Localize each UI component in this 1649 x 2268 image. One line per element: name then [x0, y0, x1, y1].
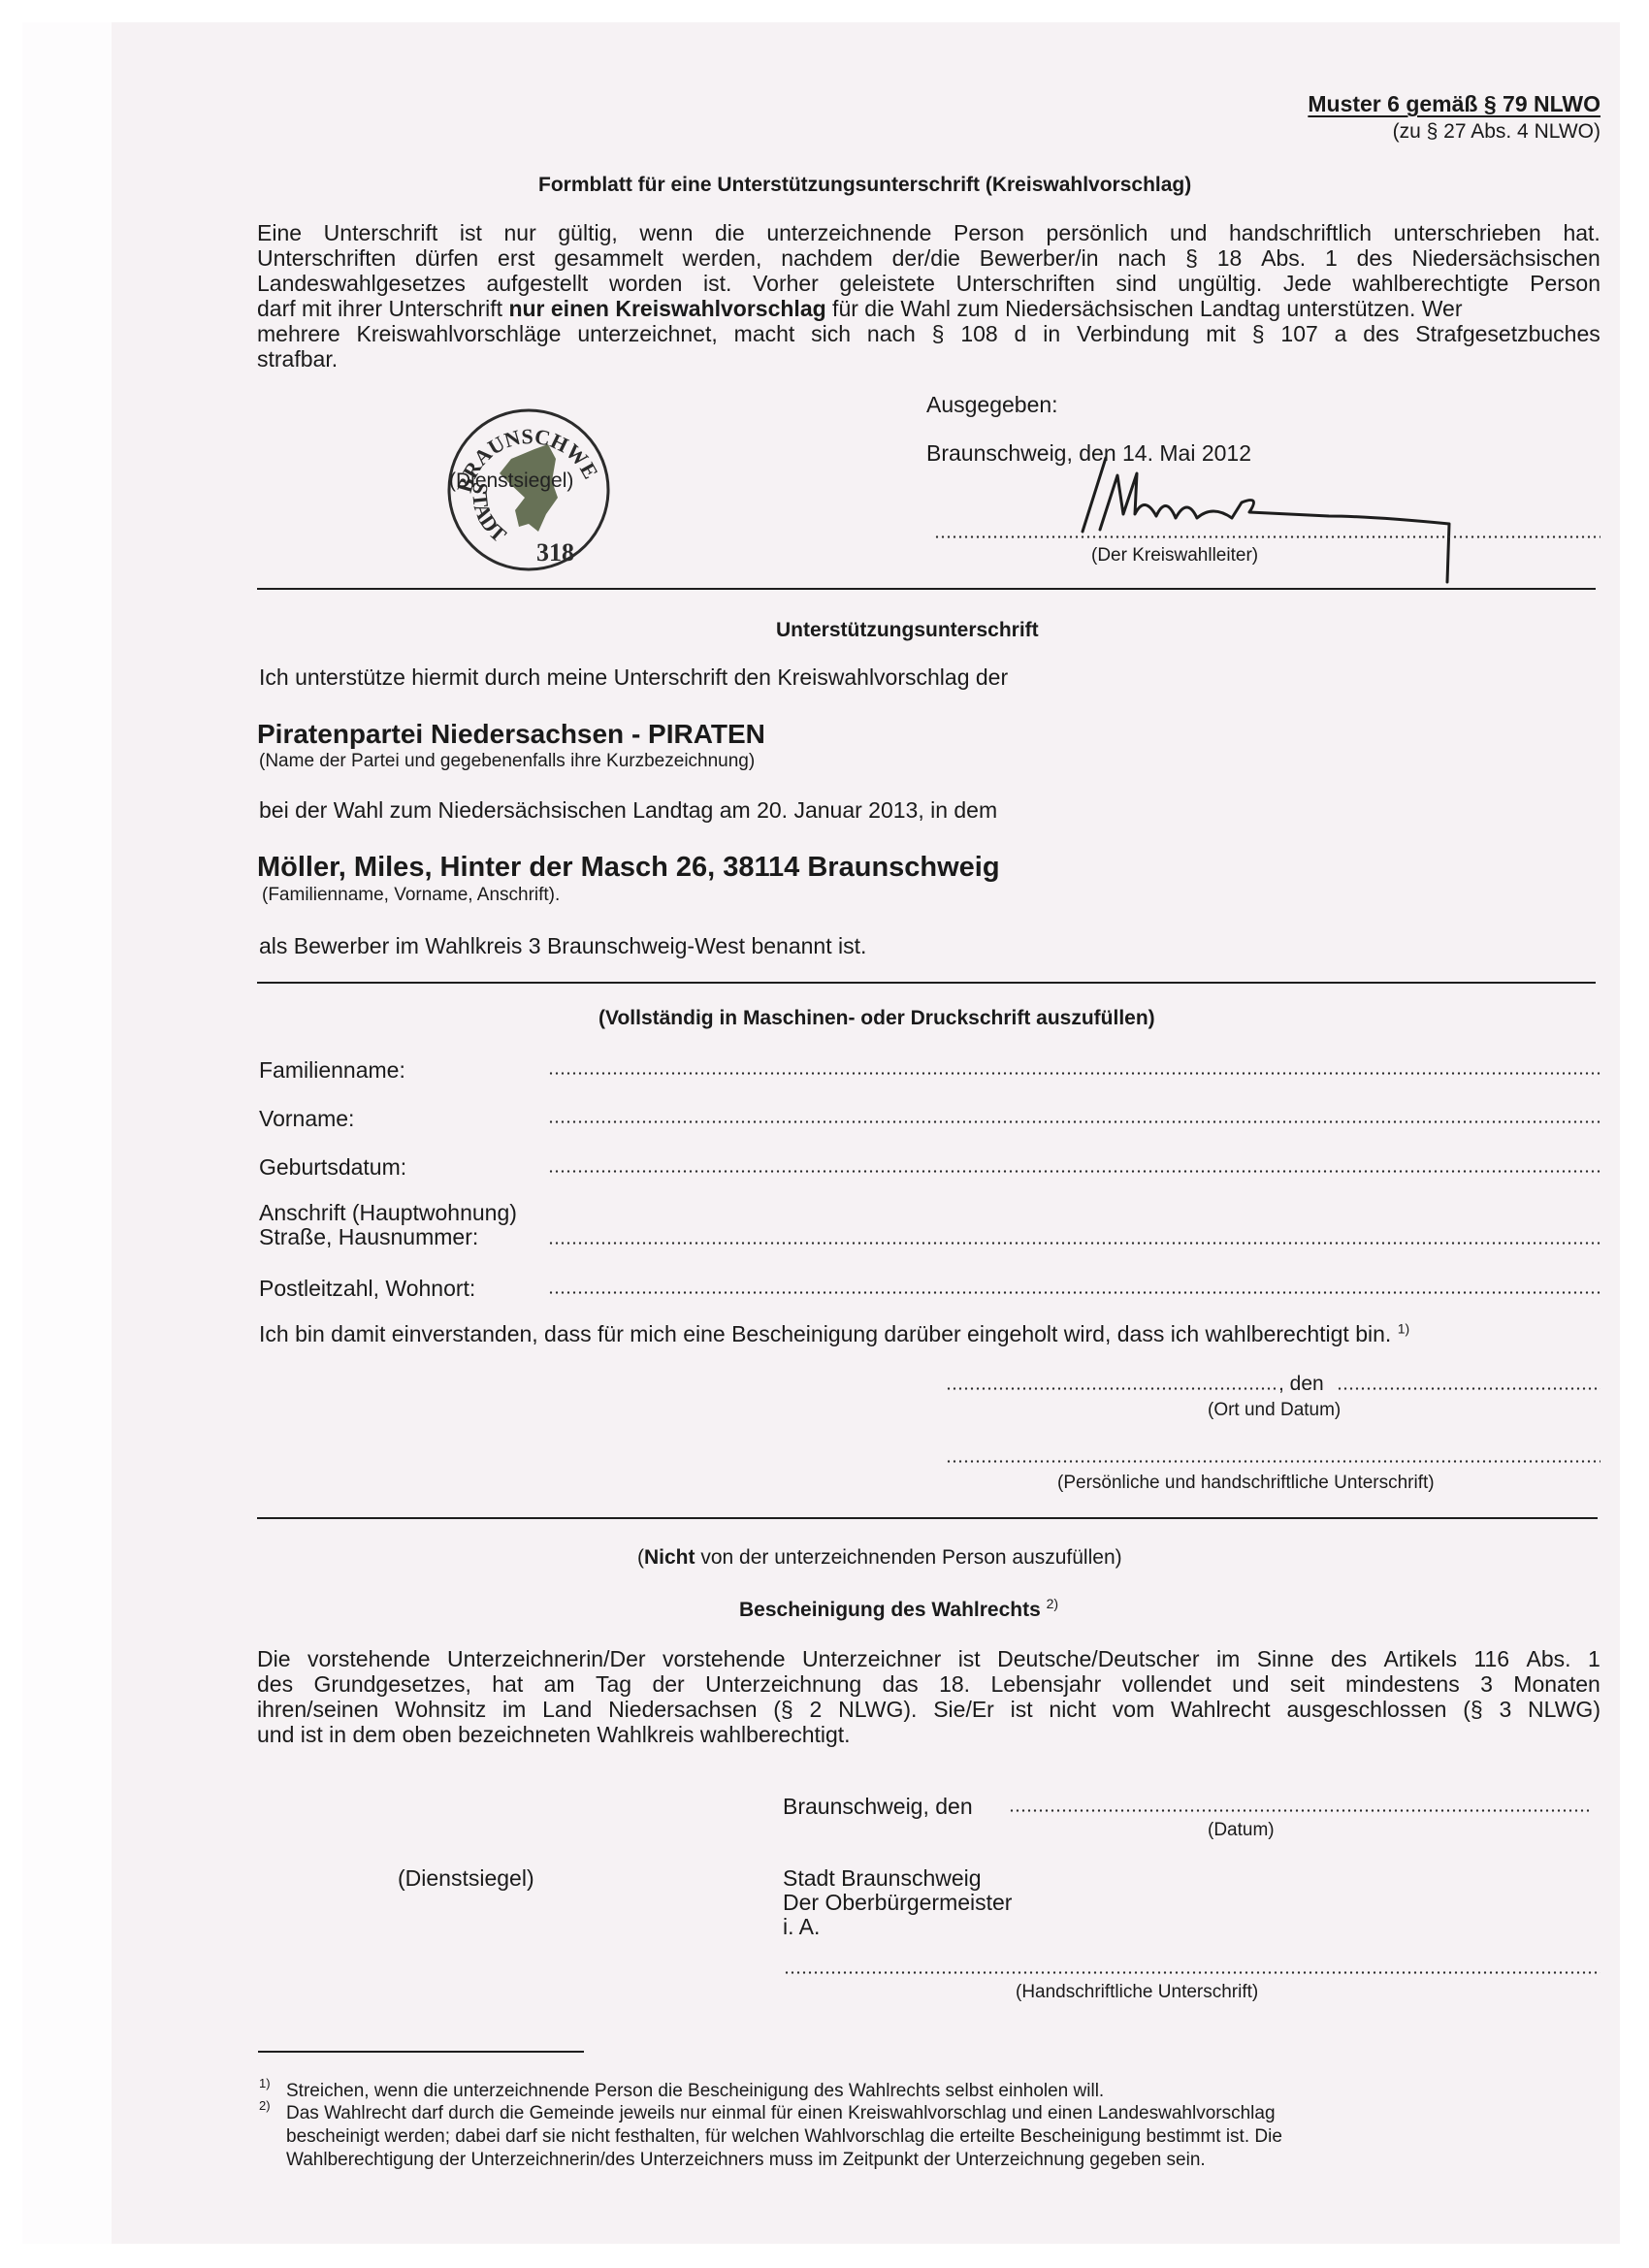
firstname-input[interactable]: [548, 1120, 1600, 1123]
authority-line: Der Oberbürgermeister: [783, 1890, 1012, 1915]
footnote-1: Streichen, wenn die unterzeichnende Pers…: [286, 2081, 1104, 2102]
word: §: [932, 321, 945, 346]
word: mit: [1206, 321, 1236, 346]
word: Eine: [257, 220, 302, 245]
field-label-birthdate: Geburtsdatum:: [259, 1154, 406, 1180]
personal-signature-caption: (Persönliche und handschriftliche Unters…: [1057, 1473, 1435, 1494]
footnote-mark: 2): [259, 2098, 271, 2113]
word: a: [1335, 321, 1347, 346]
field-label-surname: Familienname:: [259, 1057, 405, 1083]
word: Jede: [1283, 271, 1332, 296]
word: hat.: [1563, 220, 1600, 245]
party-caption: (Name der Partei und gegebenenfalls ihre…: [259, 751, 755, 772]
word: (§: [1463, 1697, 1482, 1722]
certificate-heading: Bescheinigung des Wahlrechts 2): [739, 1599, 1058, 1622]
word: geleistete: [839, 271, 934, 296]
field-label-street: Straße, Hausnummer:: [259, 1224, 478, 1249]
word: des: [257, 1671, 293, 1697]
certificate-line: und ist in dem oben bezeichneten Wahlkre…: [257, 1722, 1600, 1747]
footnote-mark: 1): [259, 2076, 271, 2090]
word: ihren/seinen: [257, 1697, 378, 1722]
field-label-address: Anschrift (Hauptwohnung): [259, 1200, 517, 1225]
section-divider: [257, 1517, 1598, 1519]
place-date-caption: (Ort und Datum): [1208, 1400, 1341, 1421]
word: wenn: [639, 220, 693, 245]
word: d: [1015, 321, 1027, 346]
word: vorstehende: [307, 1646, 431, 1671]
intro-line: darf mit ihrer Unterschrift nur einen Kr…: [257, 296, 1600, 321]
date-input[interactable]: [1337, 1387, 1600, 1390]
section-divider: [257, 588, 1596, 590]
surname-input[interactable]: [548, 1072, 1600, 1075]
word: dürfen: [415, 245, 478, 271]
word: nur: [504, 220, 536, 245]
consent-text: Ich bin damit einverstanden, dass für mi…: [259, 1321, 1409, 1346]
street-input[interactable]: [548, 1242, 1600, 1245]
candidate-caption: (Familienname, Vorname, Anschrift).: [262, 885, 560, 906]
word: Landeswahlgesetzes: [257, 271, 466, 296]
word: 3: [1480, 1671, 1493, 1697]
form-title: Formblatt für eine Unterstützungsuntersc…: [538, 174, 1191, 197]
word: nach: [1117, 245, 1166, 271]
footnote-2: bescheinigt werden; dabei darf sie nicht…: [286, 2126, 1282, 2148]
word: 107: [1280, 321, 1317, 346]
svg-text:318: 318: [536, 538, 574, 567]
word: Niedersächsischen: [1412, 245, 1600, 271]
word: nach: [867, 321, 916, 346]
word: unterzeichnende: [766, 220, 931, 245]
word: und: [1232, 1671, 1269, 1697]
intro-line: Landeswahlgesetzesaufgestelltwordenist.V…: [257, 271, 1600, 296]
word: Person: [954, 220, 1024, 245]
footnote-2: Das Wahlrecht darf durch die Gemeinde je…: [286, 2103, 1276, 2124]
word: Sinne: [1257, 1646, 1314, 1671]
birthdate-input[interactable]: [548, 1170, 1600, 1173]
certificate-date-caption: (Datum): [1208, 1820, 1275, 1841]
word: 116: [1473, 1646, 1509, 1671]
intro-line: mehrereKreiswahlvorschlägeunterzeichnet,…: [257, 321, 1600, 346]
word: des: [1357, 245, 1393, 271]
authority-line: Stadt Braunschweig: [783, 1865, 982, 1891]
word: im: [1216, 1646, 1240, 1671]
word: und: [1170, 220, 1207, 245]
footnote-divider: [258, 2051, 584, 2053]
word: vorstehende: [663, 1646, 786, 1671]
support-statement: Ich unterstütze hiermit durch meine Unte…: [259, 664, 1008, 690]
word: wahlberechtigte: [1352, 271, 1508, 296]
field-label-firstname: Vorname:: [259, 1106, 354, 1131]
intro-paragraph: EineUnterschriftistnurgültig,wenndieunte…: [257, 220, 1600, 372]
word: die: [715, 220, 745, 245]
emphasis: nur einen Kreiswahlvorschlag: [508, 296, 825, 321]
official-signature-line[interactable]: [784, 1971, 1600, 1974]
word: werden,: [683, 245, 762, 271]
word: Unterzeichnung: [705, 1671, 861, 1697]
word: Abs.: [1261, 245, 1306, 271]
word: Abs.: [1527, 1646, 1571, 1671]
word: Unterschriften: [257, 245, 396, 271]
word: ist.: [703, 271, 731, 296]
word: das: [883, 1671, 919, 1697]
word: Kreiswahlvorschläge: [357, 321, 562, 346]
fill-instruction: (Vollständig in Maschinen- oder Drucksch…: [598, 1007, 1155, 1030]
word: (§: [773, 1697, 792, 1722]
word: persönlich: [1047, 220, 1148, 245]
word: in: [1043, 321, 1060, 346]
word: mindestens: [1345, 1671, 1460, 1697]
word: mehrere: [257, 321, 340, 346]
certificate-paragraph: DievorstehendeUnterzeichnerin/Dervorsteh…: [257, 1646, 1600, 1747]
intro-line: strafbar.: [257, 346, 1600, 372]
word: Tag: [596, 1671, 631, 1697]
word: des: [1363, 321, 1399, 346]
word: Unterschrift: [324, 220, 438, 245]
certificate-place-label: Braunschweig, den: [783, 1794, 973, 1819]
seal-placeholder-label: (Dienstsiegel): [449, 470, 573, 493]
word: Niedersachsen: [608, 1697, 757, 1722]
word: 3: [1499, 1697, 1511, 1722]
word: nicht: [1049, 1697, 1096, 1722]
certificate-line: DievorstehendeUnterzeichnerin/Dervorsteh…: [257, 1646, 1600, 1671]
certificate-line: ihren/seinenWohnsitzimLandNiedersachsen(…: [257, 1697, 1600, 1722]
word: im: [502, 1697, 526, 1722]
word: unterzeichnet,: [577, 321, 717, 346]
certificate-note: (Nicht von der unterzeichnenden Person a…: [637, 1546, 1122, 1570]
authority-line: i. A.: [783, 1914, 820, 1939]
word: §: [1252, 321, 1265, 346]
word: Wohnsitz: [395, 1697, 486, 1722]
place-date-joiner: , den: [1278, 1373, 1324, 1396]
district-text: als Bewerber im Wahlkreis 3 Braunschweig…: [259, 933, 866, 958]
word: 18.: [939, 1671, 970, 1697]
official-signature-caption: (Handschriftliche Unterschrift): [1016, 1982, 1258, 2003]
word: sind: [1115, 271, 1156, 296]
certificate-line: desGrundgesetzes,hatamTagderUnterzeichnu…: [257, 1671, 1600, 1697]
word: vollendet: [1122, 1671, 1212, 1697]
form-sub-reference: (zu § 27 Abs. 4 NLWO): [1393, 120, 1600, 144]
word: ist: [1011, 1697, 1033, 1722]
candidate-details: Möller, Miles, Hinter der Masch 26, 3811…: [257, 852, 1000, 883]
handwritten-signature-icon: [1077, 456, 1484, 592]
footnote-ref: 2): [1047, 1596, 1058, 1611]
word: Wahlrecht: [1171, 1697, 1271, 1722]
word: am: [544, 1671, 575, 1697]
word: vom: [1113, 1697, 1154, 1722]
word: aufgestellt: [486, 271, 588, 296]
word: der: [652, 1671, 684, 1697]
postcode-city-input[interactable]: [548, 1291, 1600, 1294]
word: gesammelt: [554, 245, 663, 271]
field-label-postcode-city: Postleitzahl, Wohnort:: [259, 1276, 475, 1301]
word: Sie/Er: [933, 1697, 994, 1722]
word: handschriftlich: [1229, 220, 1372, 245]
word: 1: [1325, 245, 1338, 271]
word: Verbindung: [1077, 321, 1189, 346]
word: Unterschriften: [956, 271, 1095, 296]
word: 18: [1217, 245, 1243, 271]
official-seal: BRAUNSCHWEIG STADT 318 (Dienstsiegel): [441, 405, 616, 575]
section-divider: [257, 982, 1596, 984]
word: 108: [960, 321, 997, 346]
word: Artikels: [1384, 1646, 1457, 1671]
word: erst: [498, 245, 534, 271]
support-heading: Unterstützungsunterschrift: [776, 619, 1039, 642]
word: ist: [958, 1646, 981, 1671]
word: Bewerber/in: [980, 245, 1099, 271]
personal-signature-line[interactable]: [946, 1460, 1600, 1463]
form-reference: Muster 6 gemäß § 79 NLWO: [1308, 91, 1600, 116]
word: NLWG).: [838, 1697, 917, 1722]
word: ungültig.: [1178, 271, 1262, 296]
intro-line: EineUnterschriftistnurgültig,wenndieunte…: [257, 220, 1600, 245]
word: 2: [810, 1697, 823, 1722]
word: Unterzeichnerin/Der: [447, 1646, 646, 1671]
word: Deutsche/Deutscher: [997, 1646, 1199, 1671]
word: Monaten: [1513, 1671, 1600, 1697]
word: Unterzeichner: [802, 1646, 941, 1671]
word: ist: [460, 220, 482, 245]
footnote-ref: 1): [1398, 1320, 1409, 1336]
word: hat: [492, 1671, 523, 1697]
word: Strafgesetzbuches: [1415, 321, 1600, 346]
word: des: [1331, 1646, 1367, 1671]
word: seit: [1290, 1671, 1325, 1697]
word: nachdem: [781, 245, 873, 271]
election-text: bei der Wahl zum Niedersächsischen Landt…: [259, 797, 997, 823]
word: Lebensjahr: [990, 1671, 1101, 1697]
certificate-seal-label: (Dienstsiegel): [398, 1865, 534, 1891]
word: 1: [1588, 1646, 1600, 1671]
word: Person: [1530, 271, 1600, 296]
word: sich: [811, 321, 851, 346]
word: §: [1185, 245, 1198, 271]
issuer-caption: (Der Kreiswahlleiter): [1091, 545, 1258, 567]
word: gültig,: [558, 220, 617, 245]
word: Land: [542, 1697, 592, 1722]
word: der/die: [892, 245, 960, 271]
word: ausgeschlossen: [1286, 1697, 1446, 1722]
word: NLWG): [1528, 1697, 1600, 1722]
word: worden: [609, 271, 682, 296]
footnote-2: Wahlberechtigung der Unterzeichnerin/des…: [286, 2150, 1206, 2171]
issued-label: Ausgegeben:: [926, 392, 1058, 417]
word: Grundgesetzes,: [313, 1671, 470, 1697]
issuer-signature-line: [934, 535, 1600, 538]
party-name: Piratenpartei Niedersachsen - PIRATEN: [257, 719, 765, 750]
word: unterschrieben: [1394, 220, 1541, 245]
word: Vorher: [753, 271, 819, 296]
word: macht: [734, 321, 795, 346]
word: Die: [257, 1646, 291, 1671]
place-input[interactable]: [946, 1387, 1276, 1390]
certificate-date-input[interactable]: [1009, 1809, 1591, 1812]
intro-line: Unterschriftendürfenerstgesammeltwerden,…: [257, 245, 1600, 271]
